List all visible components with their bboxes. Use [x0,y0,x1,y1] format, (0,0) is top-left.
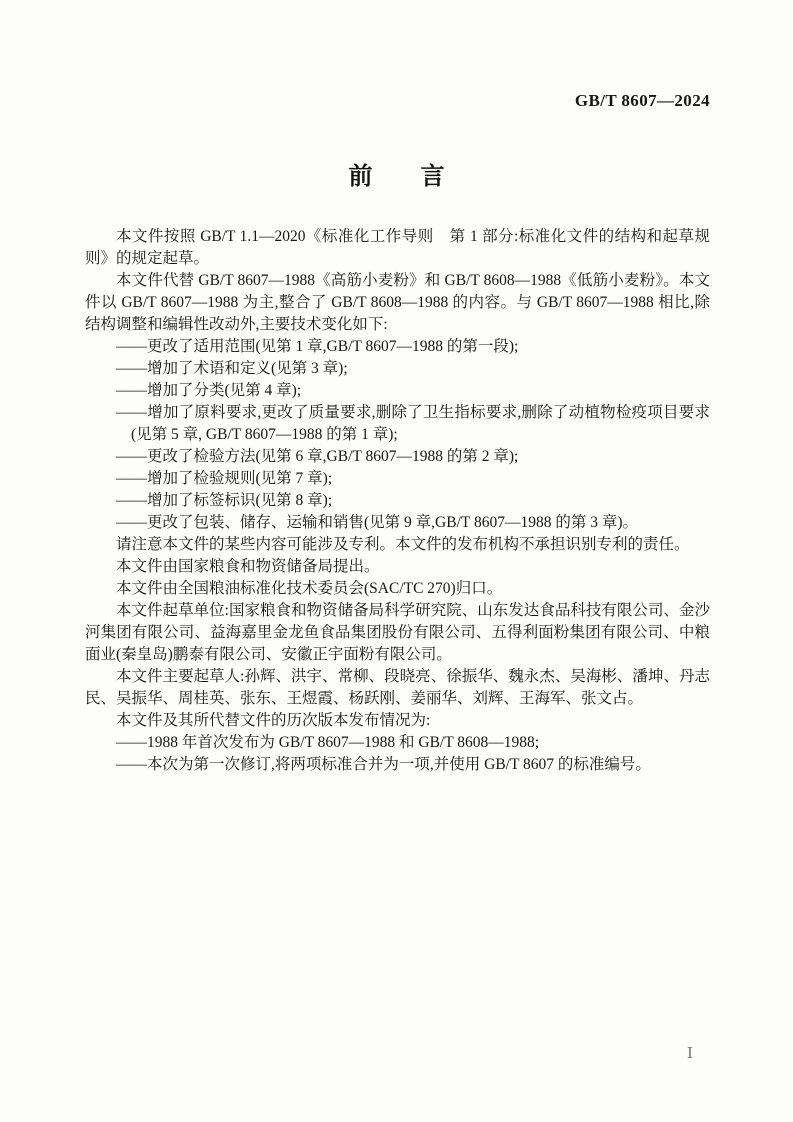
foreword-paragraph: 本文件代替 GB/T 8607—1988《高筋小麦粉》和 GB/T 8608—1… [85,270,710,336]
foreword-list-item: ——本次为第一次修订,将两项标准合并为一项,并使用 GB/T 8607 的标准编… [85,754,710,776]
document-page: GB/T 8607—2024 前 言 本文件按照 GB/T 1.1—2020《标… [0,0,793,1122]
page-title: 前 言 [0,156,793,191]
foreword-list-item: ——更改了检验方法(见第 6 章,GB/T 8607—1988 的第 2 章); [85,446,710,468]
standard-code: GB/T 8607—2024 [85,91,710,111]
foreword-list-item: ——增加了原料要求,更改了质量要求,删除了卫生指标要求,删除了动植物检疫项目要求… [85,402,710,446]
foreword-paragraph: 本文件按照 GB/T 1.1—2020《标准化工作导则 第 1 部分:标准化文件… [85,226,710,270]
foreword-list-item: ——更改了包装、储存、运输和销售(见第 9 章,GB/T 8607—1988 的… [85,512,710,534]
foreword-paragraph: 请注意本文件的某些内容可能涉及专利。本文件的发布机构不承担识别专利的责任。 [85,534,710,556]
foreword-body: 本文件按照 GB/T 1.1—2020《标准化工作导则 第 1 部分:标准化文件… [85,226,710,776]
foreword-list-item: ——增加了标签标识(见第 8 章); [85,490,710,512]
foreword-paragraph: 本文件由国家粮食和物资储备局提出。 [85,556,710,578]
foreword-list-item: ——增加了分类(见第 4 章); [85,380,710,402]
foreword-paragraph: 本文件由全国粮油标准化技术委员会(SAC/TC 270)归口。 [85,578,710,600]
foreword-paragraph: 本文件及其所代替文件的历次版本发布情况为: [85,710,710,732]
foreword-list-item: ——更改了适用范围(见第 1 章,GB/T 8607—1988 的第一段); [85,336,710,358]
page-number: Ⅰ [678,1044,702,1063]
foreword-list-item: ——增加了术语和定义(见第 3 章); [85,358,710,380]
foreword-paragraph: 本文件起草单位:国家粮食和物资储备局科学研究院、山东发达食品科技有限公司、金沙河… [85,600,710,666]
foreword-list-item: ——增加了检验规则(见第 7 章); [85,468,710,490]
foreword-list-item: ——1988 年首次发布为 GB/T 8607—1988 和 GB/T 8608… [85,732,710,754]
foreword-paragraph: 本文件主要起草人:孙辉、洪宇、常柳、段晓亮、徐振华、魏永杰、吴海彬、潘坤、丹志民… [85,666,710,710]
